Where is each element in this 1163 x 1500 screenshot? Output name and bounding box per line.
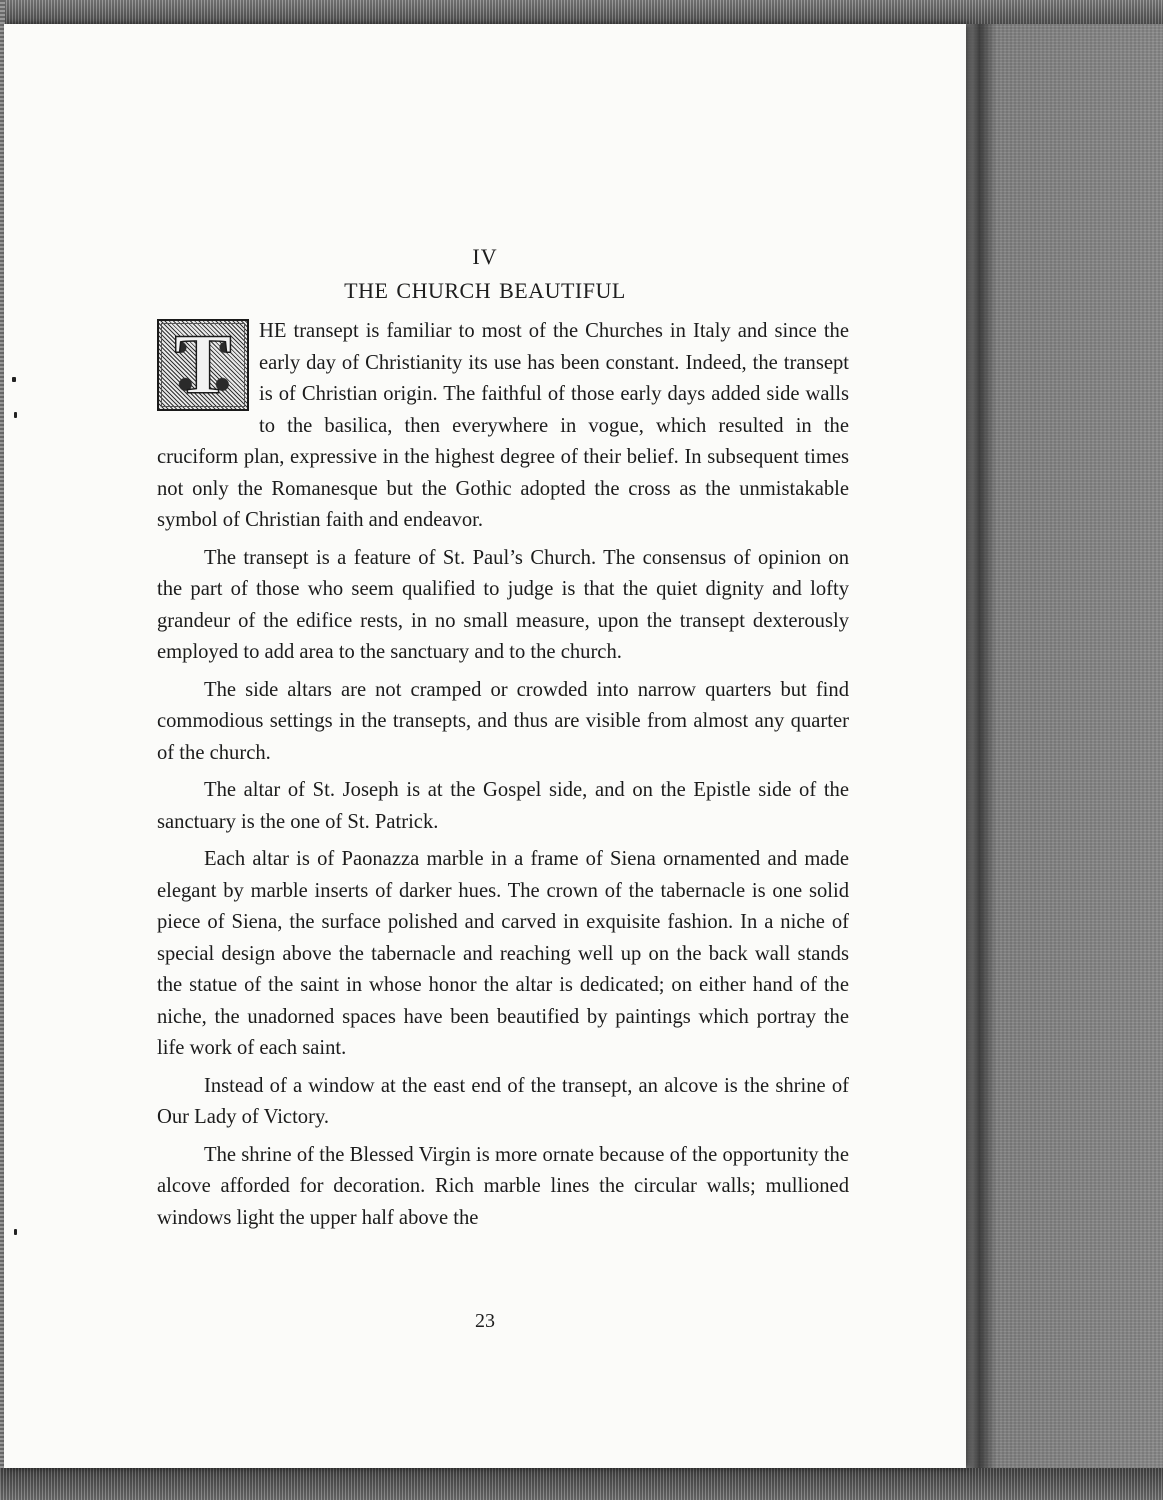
chapter-number: IV (4, 244, 966, 270)
margin-speck (14, 1229, 17, 1235)
margin-speck (14, 412, 17, 418)
paragraph-1: T HE transept is familiar to most of the… (157, 316, 849, 537)
scanner-top-edge (0, 0, 1163, 24)
paragraph-text: HE transept is familiar to most of the C… (157, 320, 849, 531)
paragraph-6: Instead of a window at the east end of t… (157, 1071, 849, 1134)
paragraph-5: Each altar is of Paonazza marble in a fr… (157, 844, 849, 1065)
body-text: T HE transept is familiar to most of the… (157, 316, 849, 1240)
paragraph-2: The transept is a feature of St. Paul’s … (157, 543, 849, 669)
margin-speck (12, 377, 16, 382)
chapter-title: THE CHURCH BEAUTIFUL (4, 278, 966, 304)
paragraph-3: The side altars are not cramped or crowd… (157, 675, 849, 770)
page-edge-shadow (966, 24, 996, 1468)
scanner-bottom-edge (0, 1468, 1163, 1500)
paragraph-4: The altar of St. Joseph is at the Gospel… (157, 775, 849, 838)
book-page: IV THE CHURCH BEAUTIFUL T HE transept is… (4, 24, 966, 1468)
paragraph-7: The shrine of the Blessed Virgin is more… (157, 1140, 849, 1235)
drop-cap-letter: T (159, 321, 247, 409)
ornamental-drop-cap-icon: T (157, 319, 249, 411)
page-number: 23 (4, 1310, 966, 1333)
